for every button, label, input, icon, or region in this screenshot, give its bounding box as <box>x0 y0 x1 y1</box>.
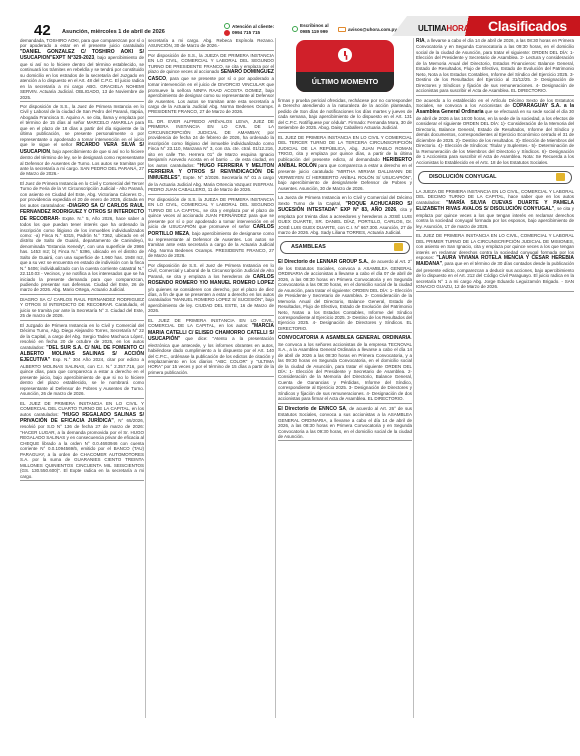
classified-notice: El Juzgado de Primera Instancia en lo Ci… <box>20 323 144 399</box>
phone-icon <box>224 30 230 36</box>
notice-text: , N° 65/2026, resolvió por S.D N° 136 de… <box>20 418 144 479</box>
section-header-asambleas: ASAMBLEAS <box>280 241 410 254</box>
notice-text: firmas y prueba pericial ofrecidas, rech… <box>278 98 412 130</box>
section-icon <box>394 243 403 251</box>
write-us-label: Escribinos al <box>300 23 329 29</box>
write-us-phone[interactable]: 0985 119 999 <box>300 29 329 35</box>
notice-text: demandada, TOSHIRO AOKI, para que compar… <box>20 38 144 48</box>
brand-ultima: ULTIMA <box>418 24 446 33</box>
classified-notice: La Jueza de Primera Instancia en lo Civi… <box>278 195 412 237</box>
notice-text: Exp. N.° 304 Año 2024, citar por edicto … <box>20 357 144 396</box>
column-divider <box>145 38 146 718</box>
notice-case-title: El Directorio de ENNCO SA <box>278 406 346 412</box>
classified-notice: EL DR. EVER ALFREDO ARÉVALOS LEIVA, JUEZ… <box>148 119 274 195</box>
column-divider <box>413 38 414 718</box>
notice-text: , a llevarse a cabo el día 14 de abril d… <box>416 38 574 93</box>
column-4: RIA, a llevarse a cabo el día 14 de abri… <box>416 38 574 718</box>
ultimo-momento-label: ÚLTIMO MOMENTO <box>296 72 394 92</box>
classified-notice: De acuerdo a lo establecido en el Artícu… <box>416 98 574 167</box>
classified-notice: EL JUEZ DE PRIMERA INSTANCIA EN LO CIVIL… <box>416 233 574 292</box>
classified-notice: RIA, a llevarse a cabo el día 14 de abri… <box>416 38 574 96</box>
section-title: Clasificados <box>488 18 567 34</box>
section-header-disolucion: DISOLUCIÓN CONYUGAL <box>418 171 572 184</box>
column-2: secretaría a mi cargo. Abg. Rebeca Espín… <box>148 38 274 718</box>
column-divider <box>275 38 276 718</box>
notice-text: , para que se presente por sí o por apod… <box>148 76 274 115</box>
notice-text: , bajo apercibimiento de que si así no l… <box>20 55 144 99</box>
notice-text: , de acuerdo al Art. 2° de los Estatutos… <box>278 259 412 330</box>
classified-notice: Por disposición de S.S., la JUEZA DE PRI… <box>148 53 274 117</box>
classified-notice: CONVOCATORIA A ASAMBLEA GENERAL ORDINARI… <box>278 335 412 403</box>
write-us: Escribinos al 0985 119 999 <box>292 23 329 34</box>
classified-notice: El Directorio de ENNCO SA, de acuerdo al… <box>278 406 412 442</box>
classified-notice: El Juez de Primera Instancia en lo Civil… <box>20 181 144 295</box>
notice-text: DIAGRO SA C/ CARLOS RAUL FERNANDEZ RODRI… <box>20 297 144 318</box>
classified-notice: demandada, TOSHIRO AOKI, para que compar… <box>20 38 144 102</box>
customer-service: Atención al cliente: 0994 715 715 <box>224 23 274 36</box>
email-contact: avisos@uhora.com.py <box>338 27 397 33</box>
classified-notice: Por disposición de S.S., la Juez de Prim… <box>20 104 144 179</box>
classified-notice: EL JUEZ DE PRIMERA INSTANCIA EN LO CIVIL… <box>148 318 274 378</box>
notice-case-title: RIA <box>416 38 425 44</box>
notice-text: . Se convoca a los señores accionistas d… <box>278 335 412 401</box>
section-header-label: ASAMBLEAS <box>291 244 326 250</box>
page-header: 42 Asunción, miércoles 1 de abril de 202… <box>0 0 580 36</box>
email-address[interactable]: avisos@uhora.com.py <box>348 27 397 33</box>
classifieds-body: demandada, TOSHIRO AOKI, para que compar… <box>4 38 576 718</box>
classified-notice: Por disposición de S.S. la JUEZA DE PRIM… <box>148 197 274 261</box>
section-icon <box>556 173 565 181</box>
classified-notice: El Directorio de LENNAR GROUP S.A., de a… <box>278 259 412 333</box>
notice-case-title: CONVOCATORIA A ASAMBLEA GENERAL ORDINARI… <box>278 335 411 341</box>
notice-text: EL DR. EVER ALFREDO ARÉVALOS LEIVA, JUEZ… <box>148 119 274 168</box>
classified-notice: EL JUEZ DE PRIMERA INSTANCIA EN LO CIVIL… <box>20 401 144 481</box>
classified-notice: EL JUEZ DE PRIMERA INSTANCIA EN LO CIVIL… <box>278 135 412 194</box>
issue-date: Asunción, miércoles 1 de abril de 2026 <box>62 29 165 35</box>
section-header-label: DISOLUCIÓN CONYUGAL <box>429 174 497 180</box>
whatsapp-icon <box>292 26 298 32</box>
mail-icon <box>338 27 346 32</box>
classified-notice: DIAGRO SA C/ CARLOS RAUL FERNANDEZ RODRI… <box>20 297 144 321</box>
notice-text: que dice: "Atento a la presentación elec… <box>148 336 274 375</box>
customer-service-label: Atención al cliente: <box>232 24 274 30</box>
column-1: demandada, TOSHIRO AOKI, para que compar… <box>20 38 144 718</box>
classified-notice: Por disposición de S.S. el Juez de Prime… <box>148 263 274 316</box>
page-number: 42 <box>34 22 51 39</box>
brand-logo: ULTIMAHORA <box>418 24 469 33</box>
whatsapp-icon <box>224 23 230 29</box>
column-3: ÚLTIMO MOMENTO firmas y prueba pericial … <box>278 38 412 718</box>
classified-notice: LA JUEZA DE PRIMERA INSTANCIA EN LO CIVI… <box>416 189 574 231</box>
classified-notice: firmas y prueba pericial ofrecidas, rech… <box>278 98 412 133</box>
ultimo-momento-badge: ÚLTIMO MOMENTO <box>296 40 394 92</box>
clock-icon <box>338 48 352 62</box>
notice-text: Expte. N.° 5, Año 2026, hace saber a tod… <box>20 216 144 293</box>
notice-case-title: El Directorio de LENNAR GROUP S.A. <box>278 259 368 265</box>
classified-notice: secretaría a mi cargo. Abg. Rebeca Espín… <box>148 38 274 51</box>
customer-service-phone[interactable]: 0994 715 715 <box>232 30 274 36</box>
notice-text: Por disposición de S.S., la Juez de Prim… <box>20 104 144 147</box>
notice-text: secretaría a mi cargo. Abg. Rebeca Espín… <box>148 38 274 48</box>
notice-text: que se efectuará en su sede social el dí… <box>416 109 574 164</box>
brand-hora: HORA <box>446 24 469 33</box>
notice-text: y/o quienes se consideren con derecho, p… <box>148 287 274 314</box>
